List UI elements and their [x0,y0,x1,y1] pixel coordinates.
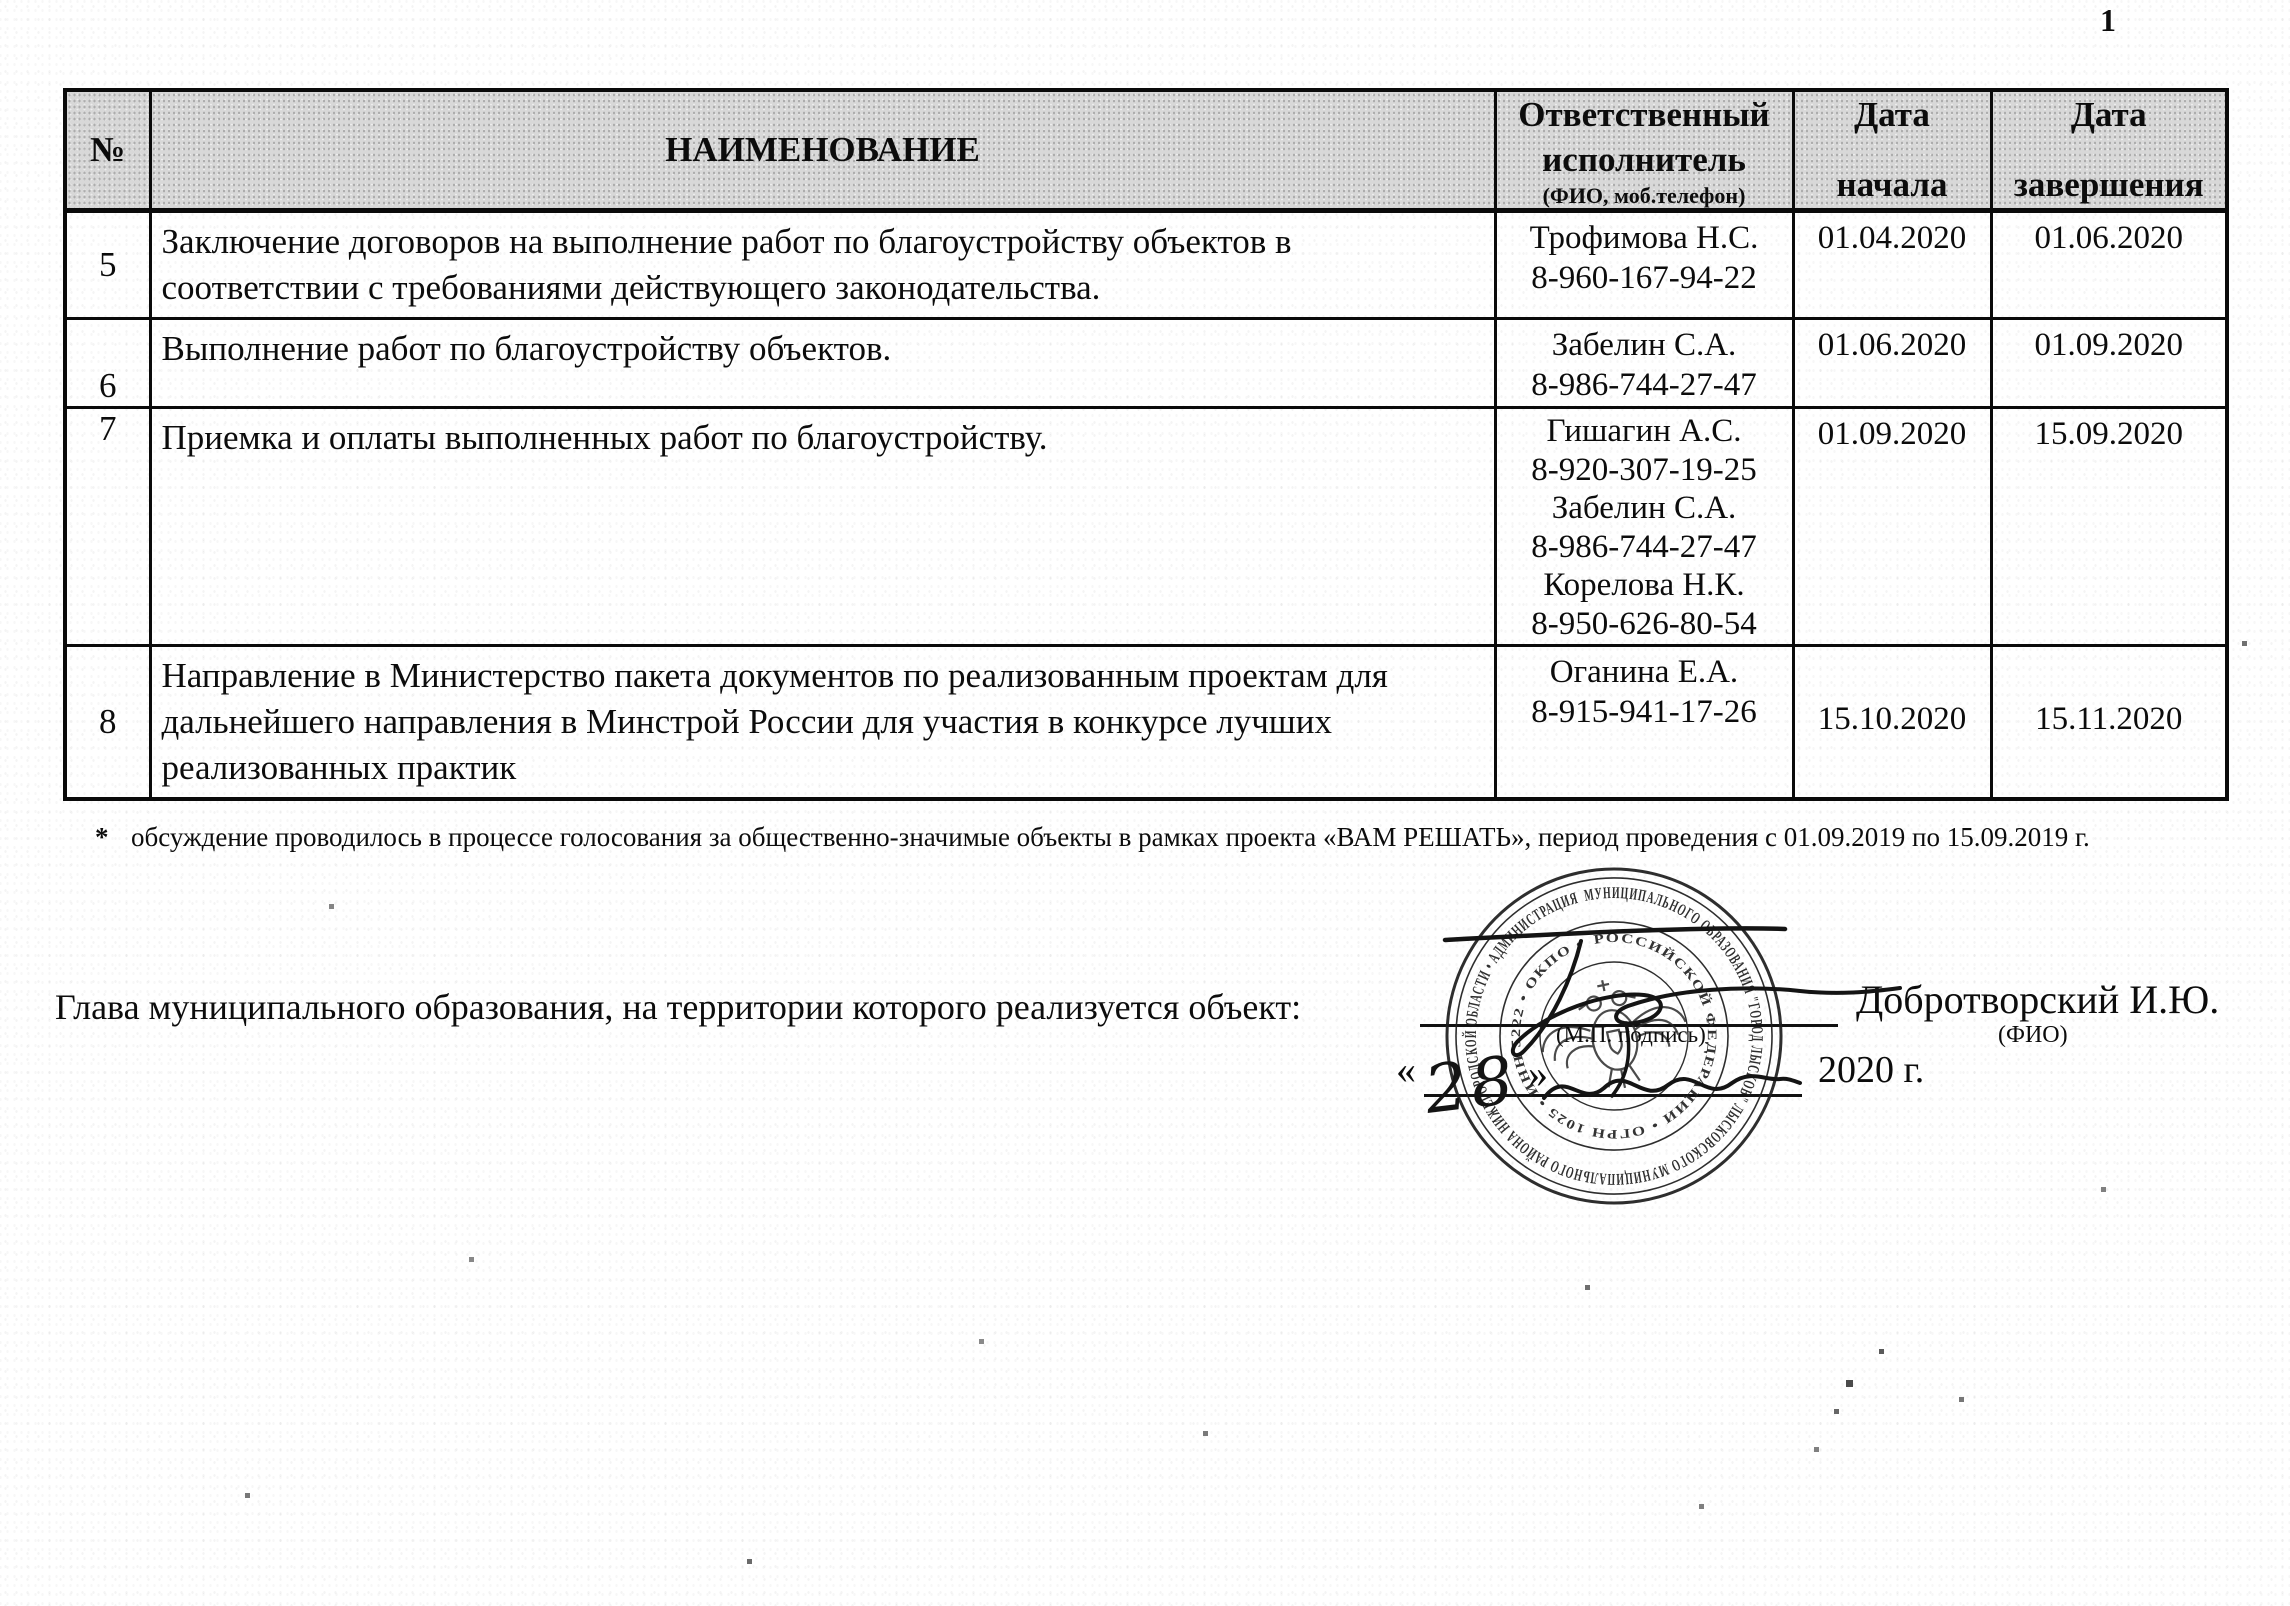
row-num: 8 [65,646,150,800]
row-date-end: 15.11.2020 [1991,646,2227,800]
page-number: 1 [2100,2,2116,39]
fio-note: (ФИО) [1998,1022,2068,1049]
col-header-num: № [65,90,150,211]
row-date-end: 01.06.2020 [1991,211,2227,319]
executor-phone: 8-915-941-17-26 [1498,692,1791,732]
col-header-date-start-line2: начала [1795,163,1990,207]
row-task-name: Направление в Министерство пакета докуме… [150,646,1495,800]
executor-name: Трофимова Н.С. [1498,218,1791,258]
handwritten-day: 28 [1420,1041,1522,1129]
row-date-end: 15.09.2020 [1991,408,2227,646]
col-header-name: НАИМЕНОВАНИЕ [150,90,1495,211]
table-row: 8 Направление в Министерство пакета доку… [65,646,2227,800]
row-executor: Забелин С.А. 8-986-744-27-47 [1495,319,1793,408]
row-executor: Оганина Е.А. 8-915-941-17-26 [1495,646,1793,800]
col-header-executor: Ответственный исполнитель (ФИО, моб.теле… [1495,90,1793,211]
executor-phone: 8-950-626-80-54 [1498,605,1791,644]
row-date-start: 01.09.2020 [1793,408,1991,646]
signer-name: Добротворский И.Ю. [1856,976,2219,1023]
scanned-document-page: 1 № НАИМЕНОВАНИЕ Ответственный исполните… [0,0,2290,1606]
row-date-start: 01.04.2020 [1793,211,1991,319]
row-date-start: 15.10.2020 [1793,646,1991,800]
col-header-date-start-line1: Дата [1795,93,1990,137]
row-executor: Гишагин А.С. 8-920-307-19-25 Забелин С.А… [1495,408,1793,646]
row-task-name: Приемка и оплаты выполненных работ по бл… [150,408,1495,646]
signature-label: Глава муниципального образования, на тер… [55,986,1301,1028]
col-header-executor-line1: Ответственный [1497,92,1792,137]
executor-phone: 8-960-167-94-22 [1498,258,1791,298]
row-num: 5 [65,211,150,319]
row-num: 6 [65,319,150,408]
col-header-date-end: Дата завершения [1991,90,2227,211]
row-date-start: 01.06.2020 [1793,319,1991,408]
stamp-signature-note: (М.П. подпись) [1556,1022,1706,1048]
col-header-date-end-line2: завершения [1993,163,2226,207]
row-num: 7 [65,408,150,646]
table-header-row: № НАИМЕНОВАНИЕ Ответственный исполнитель… [65,90,2227,211]
table-row: 7 Приемка и оплаты выполненных работ по … [65,408,2227,646]
col-header-executor-note: (ФИО, моб.телефон) [1497,184,1792,208]
executor-phone: 8-986-744-27-47 [1498,528,1791,567]
executor-phone: 8-920-307-19-25 [1498,451,1791,490]
footnote-marker: * [95,822,131,853]
col-header-date-end-line1: Дата [1993,93,2226,137]
footnote-text: обсуждение проводилось в процессе голосо… [131,822,2090,852]
row-date-end: 01.09.2020 [1991,319,2227,408]
footnote: *обсуждение проводилось в процессе голос… [95,822,2235,853]
col-header-date-start: Дата начала [1793,90,1991,211]
table-row: 5 Заключение договоров на выполнение раб… [65,211,2227,319]
executor-name: Гишагин А.С. [1498,412,1791,451]
row-task-name: Заключение договоров на выполнение работ… [150,211,1495,319]
scan-noise [0,0,3,3]
executor-name: Корелова Н.К. [1498,566,1791,605]
row-executor: Трофимова Н.С. 8-960-167-94-22 [1495,211,1793,319]
work-schedule-table: № НАИМЕНОВАНИЕ Ответственный исполнитель… [63,88,2229,801]
executor-name: Оганина Е.А. [1498,652,1791,692]
table-row: 6 Выполнение работ по благоустройству об… [65,319,2227,408]
executor-name: Забелин С.А. [1498,489,1791,528]
col-header-executor-line2: исполнитель [1497,137,1792,182]
executor-phone: 8-986-744-27-47 [1498,365,1791,405]
executor-name: Забелин С.А. [1498,325,1791,365]
row-task-name: Выполнение работ по благоустройству объе… [150,319,1495,408]
